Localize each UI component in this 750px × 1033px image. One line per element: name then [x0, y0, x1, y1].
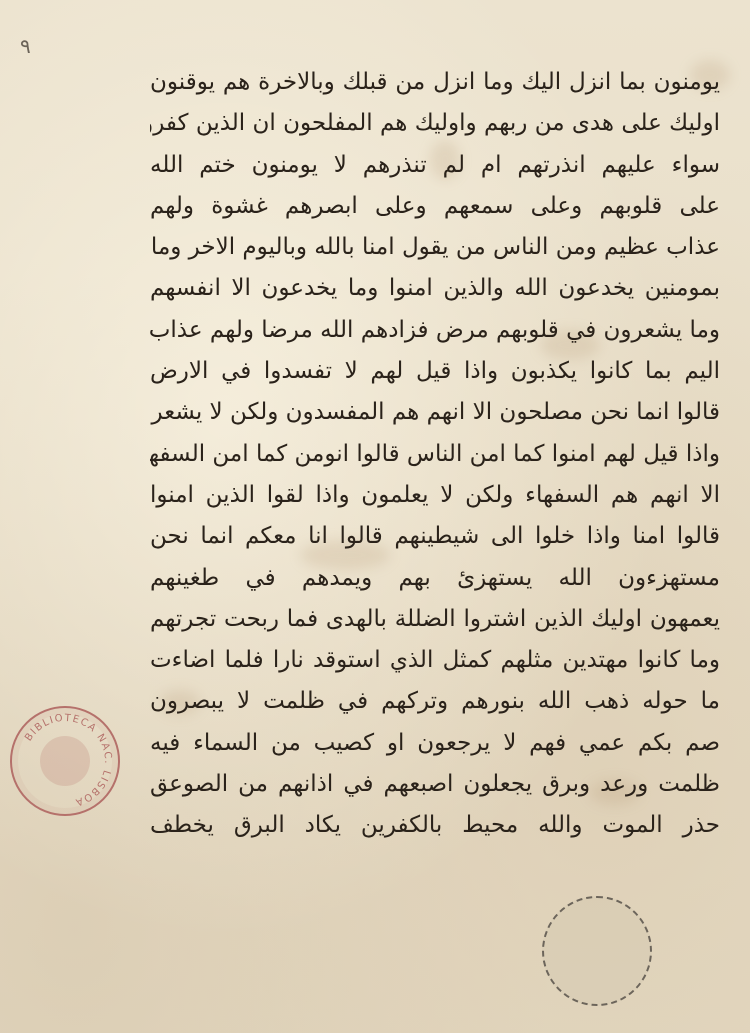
text-line: عذاب عظيم ومن الناس من يقول امنا بالله و…: [150, 227, 720, 268]
folio-number: ٩: [20, 34, 31, 58]
svg-text:BIBLIOTECA NAC. LISBOA: BIBLIOTECA NAC. LISBOA: [23, 713, 113, 808]
text-line: قالوا انما نحن مصلحون الا انهم هم المفسد…: [150, 392, 720, 433]
text-line: وما كانوا مهتدين مثلهم كمثل الذي استوقد …: [150, 640, 720, 681]
text-line: يومنون بما انزل اليك وما انزل من قبلك وب…: [150, 62, 720, 103]
text-line: حذر الموت والله محيط بالكفرين يكاد البرق…: [150, 805, 720, 846]
text-line: سواء عليهم انذرتهم ام لم تنذرهم لا يومنو…: [150, 145, 720, 186]
text-line: صم بكم عمي فهم لا يرجعون او كصيب من السم…: [150, 723, 720, 764]
text-line: على قلوبهم وعلى سمعهم وعلى ابصرهم غشوة و…: [150, 186, 720, 227]
library-stamp: BIBLIOTECA NAC. LISBOA: [10, 706, 120, 816]
round-stamp: [542, 896, 652, 1006]
text-line: الا انهم هم السفهاء ولكن لا يعلمون واذا …: [150, 475, 720, 516]
text-line: مستهزءون الله يستهزئ بهم ويمدهم في طغينه…: [150, 558, 720, 599]
stamp-ring-text: BIBLIOTECA NAC. LISBOA: [12, 708, 118, 814]
text-line: اليم بما كانوا يكذبون واذا قيل لهم لا تف…: [150, 351, 720, 392]
text-line: يعمهون اوليك الذين اشتروا الضللة بالهدى …: [150, 599, 720, 640]
text-line: بمومنين يخدعون الله والذين امنوا وما يخد…: [150, 268, 720, 309]
text-line: قالوا امنا واذا خلوا الى شيطينهم قالوا ا…: [150, 516, 720, 557]
text-line: ظلمت ورعد وبرق يجعلون اصبعهم في اذانهم م…: [150, 764, 720, 805]
text-line: واذا قيل لهم امنوا كما امن الناس قالوا ا…: [150, 434, 720, 475]
text-line: ما حوله ذهب الله بنورهم وتركهم في ظلمت ل…: [150, 681, 720, 722]
text-block: يومنون بما انزل اليك وما انزل من قبلك وب…: [150, 62, 720, 847]
text-line: وما يشعرون في قلوبهم مرض فزادهم الله مرض…: [150, 310, 720, 351]
manuscript-page: ٩ يومنون بما انزل اليك وما انزل من قبلك …: [0, 0, 750, 1033]
text-line: اوليك على هدى من ربهم واوليك هم المفلحون…: [150, 103, 720, 144]
